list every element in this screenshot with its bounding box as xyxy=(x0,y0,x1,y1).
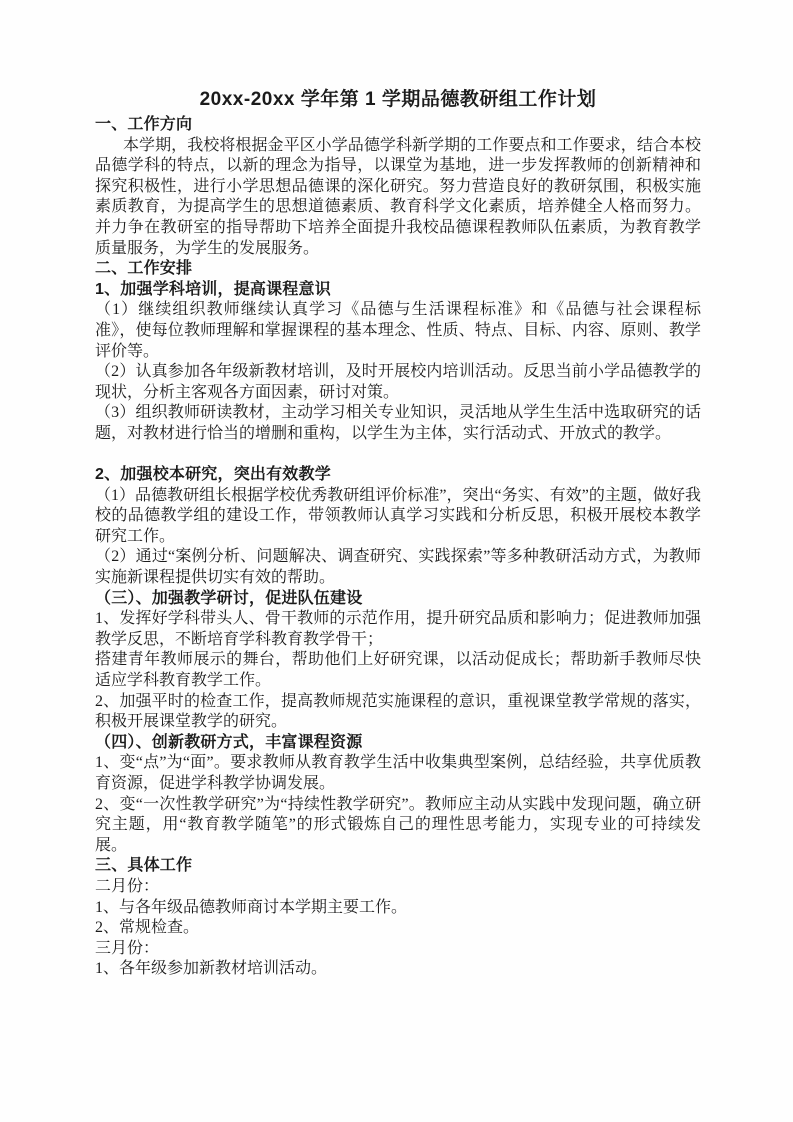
section-heading: 一、工作方向 xyxy=(95,115,701,136)
document-page: 20xx-20xx 学年第 1 学期品德教研组工作计划 一、工作方向 本学期，我… xyxy=(0,0,793,1122)
body-paragraph: 2、加强平时的检查工作，提高教师规范实施课程的意识，重视课堂教学常规的落实，积极… xyxy=(95,692,701,733)
body-paragraph: 1、变“点”为“面”。要求教师从教育教学生活中收集典型案例，总结经验，共享优质教… xyxy=(95,753,701,794)
body-paragraph: （2）通过“案例分析、问题解决、调查研究、实践探索”等多种教研活动方式，为教师实… xyxy=(95,547,701,588)
body-paragraph: 1、与各年级品德教师商讨本学期主要工作。 xyxy=(95,898,701,919)
body-paragraph: 三月份： xyxy=(95,939,701,960)
body-paragraph: 1、发挥好学科带头人、骨干教师的示范作用，提升研究品质和影响力；促进教师加强教学… xyxy=(95,609,701,650)
body-paragraph: 2、常规检查。 xyxy=(95,918,701,939)
body-paragraph: （2）认真参加各年级新教材培训，及时开展校内培训活动。反思当前小学品德教学的现状… xyxy=(95,362,701,403)
section-heading: （四）、创新教研方式，丰富课程资源 xyxy=(95,733,701,754)
body-paragraph: （1）继续组织教师继续认真学习《品德与生活课程标准》和《品德与社会课程标准》，使… xyxy=(95,300,701,362)
body-paragraph: 1、各年级参加新教材培训活动。 xyxy=(95,959,701,980)
body-paragraph: 搭建青年教师展示的舞台，帮助他们上好研究课，以活动促成长；帮助新手教师尽快适应学… xyxy=(95,650,701,691)
blank-line xyxy=(95,445,701,466)
section-heading: 三、具体工作 xyxy=(95,856,701,877)
body-paragraph: （3）组织教师研读教材，主动学习相关专业知识，灵活地从学生生活中选取研究的话题，… xyxy=(95,403,701,444)
section-heading: （三）、加强教学研讨，促进队伍建设 xyxy=(95,589,701,610)
section-heading: 2、加强校本研究，突出有效教学 xyxy=(95,465,701,486)
section-heading: 1、加强学科培训，提高课程意识 xyxy=(95,280,701,301)
document-title: 20xx-20xx 学年第 1 学期品德教研组工作计划 xyxy=(95,86,701,113)
section-heading: 二、工作安排 xyxy=(95,259,701,280)
body-paragraph: 二月份： xyxy=(95,877,701,898)
body-paragraph: 2、变“一次性教学研究”为“持续性教学研究”。教师应主动从实践中发现问题，确立研… xyxy=(95,795,701,857)
body-paragraph: （1）品德教研组长根据学校优秀教研组评价标准”，突出“务实、有效”的主题，做好我… xyxy=(95,486,701,548)
body-paragraph: 本学期，我校将根据金平区小学品德学科新学期的工作要点和工作要求，结合本校品德学科… xyxy=(95,136,701,260)
